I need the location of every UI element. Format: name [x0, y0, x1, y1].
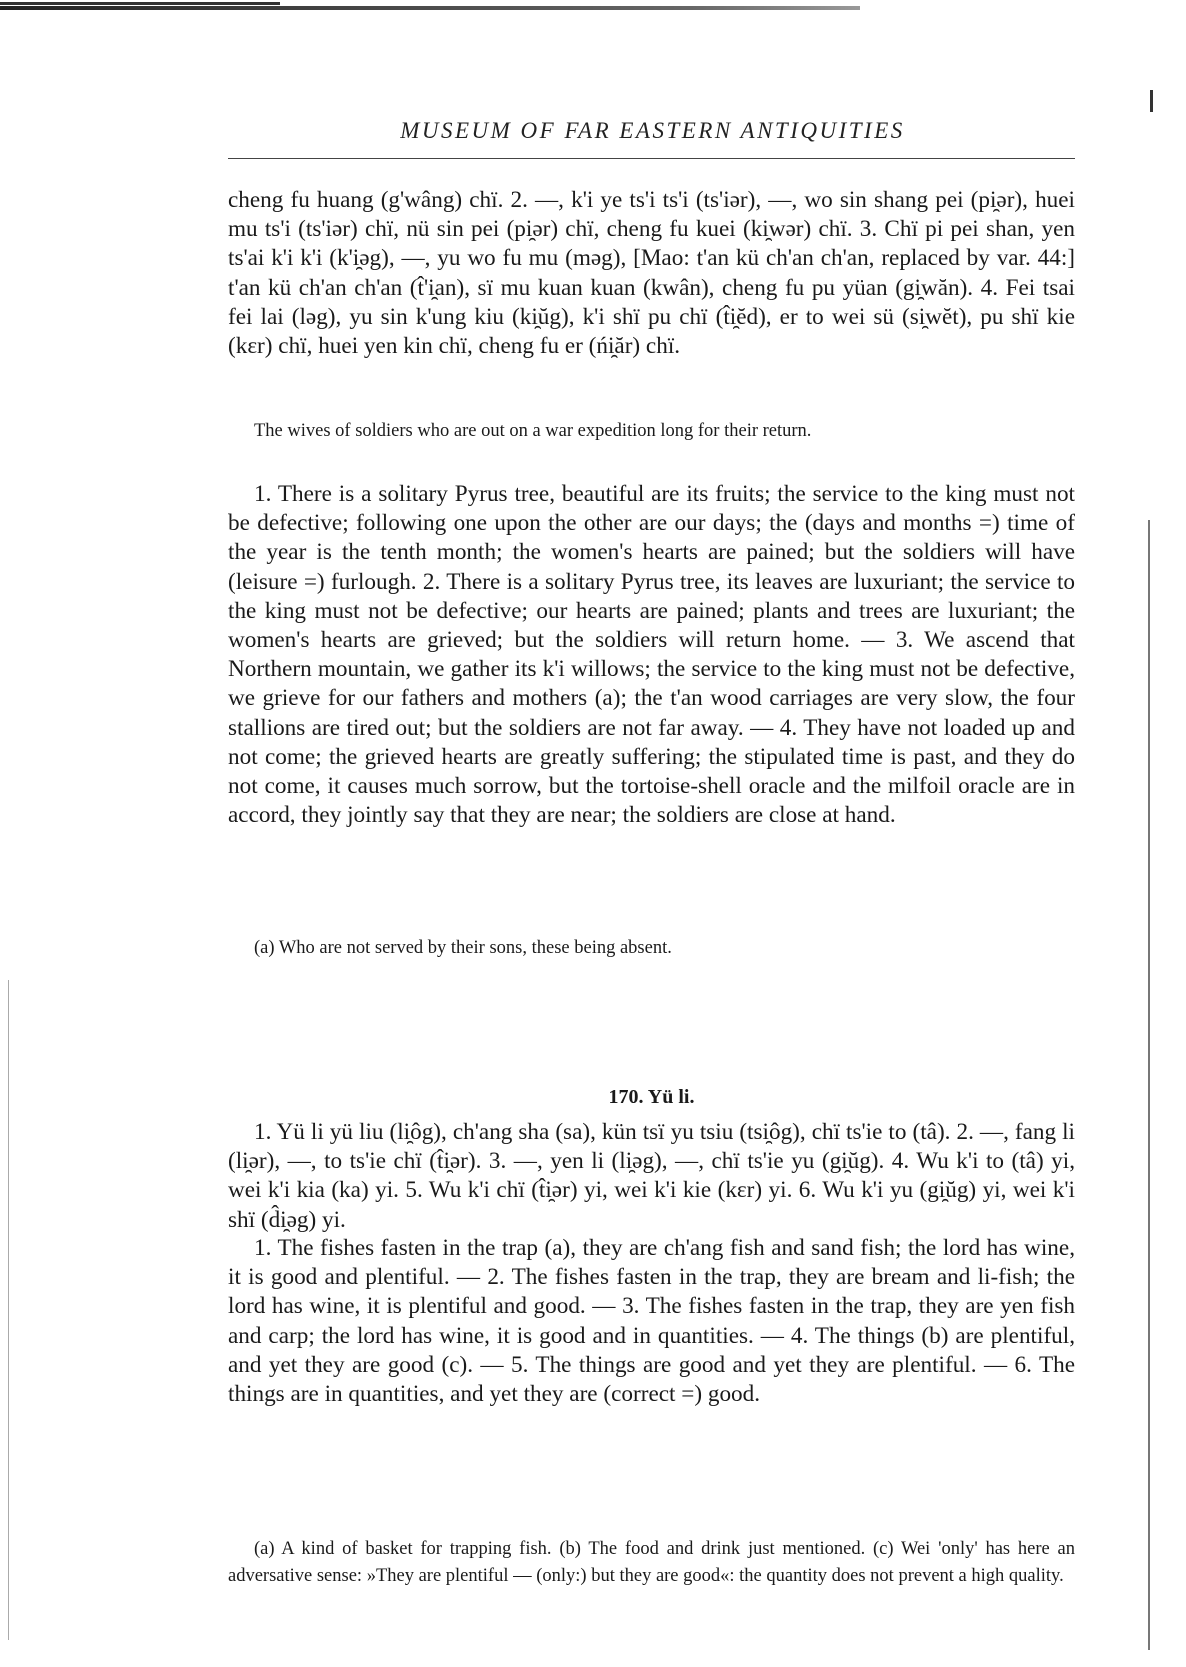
ode-170-title: 170. Yü li.: [228, 1086, 1075, 1109]
running-head: MUSEUM OF FAR EASTERN ANTIQUITIES: [230, 118, 1075, 144]
ode-170-translation: 1. The fishes fasten in the trap (a), th…: [228, 1234, 1075, 1409]
scan-margin-mark: [1148, 520, 1150, 1650]
ode-169-translation: 1. There is a solitary Pyrus tree, beaut…: [228, 480, 1075, 830]
header-rule: [228, 158, 1075, 159]
scan-artifact-top: [0, 2, 280, 5]
ode-169-summary: The wives of soldiers who are out on a w…: [228, 418, 1075, 445]
ode-169-footnote: (a) Who are not served by their sons, th…: [228, 935, 1075, 962]
ode-170-transcription: 1. Yü li yü liu (li̯ôg), ch'ang sha (sa)…: [228, 1118, 1075, 1235]
scan-artifact-rule: [0, 6, 860, 10]
ode-169-transcription: cheng fu huang (g'wâng) chï. 2. —, k'i y…: [228, 186, 1075, 361]
scan-margin-mark: [8, 980, 9, 1640]
ode-170-footnote: (a) A kind of basket for trapping fish. …: [228, 1536, 1075, 1590]
scan-margin-mark: [1150, 90, 1153, 112]
